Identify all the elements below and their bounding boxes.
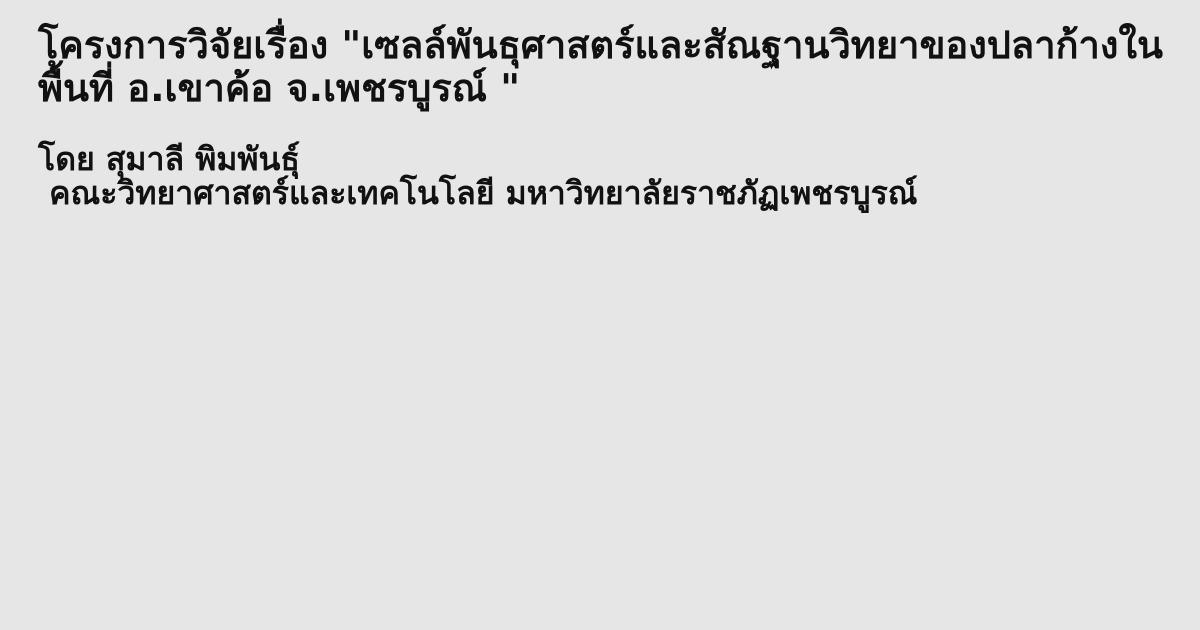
research-share-card: โครงการวิจัยเรื่อง "เซลล์พันธุศาสตร์และส… (0, 0, 1200, 630)
affiliation-line: คณะวิทยาศาสตร์และเทคโนโลยี มหาวิทยาลัยรา… (38, 177, 1164, 211)
project-title: โครงการวิจัยเรื่อง "เซลล์พันธุศาสตร์และส… (38, 24, 1164, 109)
author-byline: โดย สุมาลี พิมพันธุ์ (38, 143, 1164, 177)
